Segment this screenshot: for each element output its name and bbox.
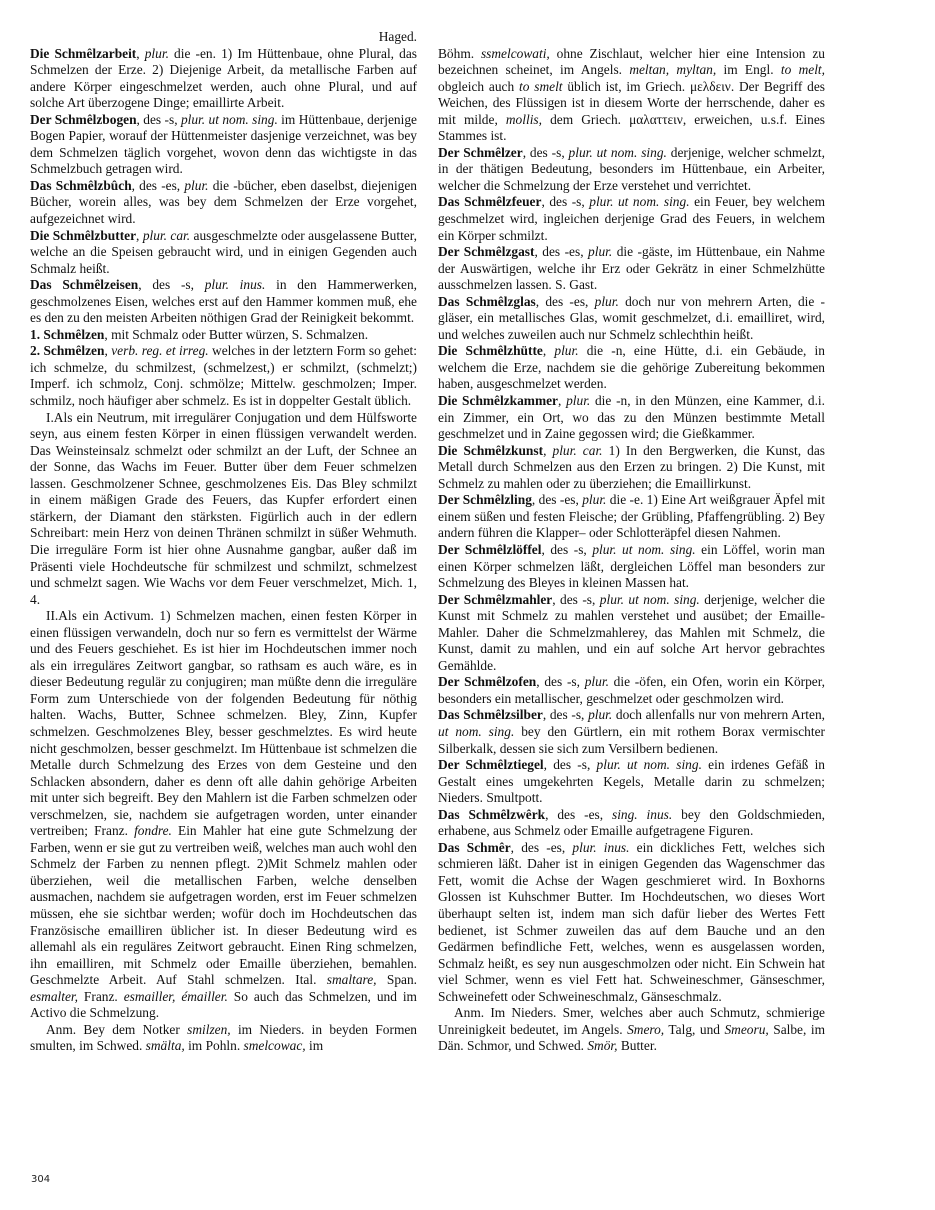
entry-headword: Das Schmêr xyxy=(438,840,511,855)
italic-term: ssmelcowati, xyxy=(481,46,550,61)
italic-term: plur. xyxy=(184,178,208,193)
entry-headword: Die Schmêlzkunst xyxy=(438,443,543,458)
dictionary-entry: Der Schmêlzofen, des -s, plur. die -öfen… xyxy=(438,674,825,707)
italic-term: plur. xyxy=(145,46,169,61)
italic-term: plur. ut nom. sing. xyxy=(589,194,689,209)
italic-term: fondre. xyxy=(134,823,172,838)
paragraph: Anm. Bey dem Notker smilzen, im Nieders.… xyxy=(30,1022,417,1055)
dictionary-entry: 2. Schmêlzen, verb. reg. et irreg. welch… xyxy=(30,343,417,409)
italic-term: meltan, myltan, xyxy=(629,62,716,77)
dictionary-entry: Die Schmêlzkammer, plur. die -n, in den … xyxy=(438,393,825,443)
left-entries: Die Schmêlzarbeit, plur. die -en. 1) Im … xyxy=(30,46,417,1055)
italic-term: ut nom. sing. xyxy=(438,724,514,739)
dictionary-entry: Die Schmêlzarbeit, plur. die -en. 1) Im … xyxy=(30,46,417,112)
entry-headword: Das Schmêlzbûch xyxy=(30,178,132,193)
dictionary-entry: Die Schmêlzbutter, plur. car. ausgeschme… xyxy=(30,228,417,278)
dictionary-entry: 1. Schmêlzen, mit Schmalz oder Butter wü… xyxy=(30,327,417,344)
dictionary-entry: Das Schmêlzfeuer, des -s, plur. ut nom. … xyxy=(438,194,825,244)
italic-term: plur. ut nom. sing. xyxy=(600,592,700,607)
italic-term: plur. ut nom. sing. xyxy=(592,542,695,557)
paragraph: Böhm. ssmelcowati, ohne Zischlaut, welch… xyxy=(438,46,825,145)
entry-headword: Der Schmêlzlöffel xyxy=(438,542,541,557)
dictionary-entry: Das Schmêr, des -es, plur. inus. ein dic… xyxy=(438,840,825,1005)
dictionary-entry: Der Schmêlztiegel, des -s, plur. ut nom.… xyxy=(438,757,825,807)
entry-headword: Das Schmêlzfeuer xyxy=(438,194,541,209)
entry-headword: Die Schmêlzbutter xyxy=(30,228,136,243)
dictionary-entry: Der Schmêlzbogen, des -s, plur. ut nom. … xyxy=(30,112,417,178)
italic-term: plur. xyxy=(566,393,590,408)
right-entries: Böhm. ssmelcowati, ohne Zischlaut, welch… xyxy=(438,46,825,1055)
entry-headword: Der Schmêlzofen xyxy=(438,674,536,689)
italic-term: plur. ut nom. sing. xyxy=(181,112,278,127)
italic-term: plur. ut nom. sing. xyxy=(569,145,667,160)
italic-term: plur. car. xyxy=(143,228,190,243)
entry-headword: Das Schmêlzwêrk xyxy=(438,807,545,822)
italic-term: plur. inus. xyxy=(205,277,266,292)
running-head: Haged. xyxy=(30,29,417,46)
italic-term: plur. xyxy=(582,492,606,507)
entry-headword: Der Schmêlzbogen xyxy=(30,112,137,127)
entry-headword: Der Schmêlzmahler xyxy=(438,592,552,607)
italic-term: plur. xyxy=(554,343,578,358)
italic-term: mollis, xyxy=(506,112,542,127)
entry-headword: Der Schmêlzer xyxy=(438,145,523,160)
italic-term: plur. inus. xyxy=(572,840,629,855)
italic-term: plur. car. xyxy=(553,443,603,458)
italic-term: to melt, xyxy=(781,62,825,77)
entry-headword: Der Schmêlzgast xyxy=(438,244,534,259)
paragraph: II.Als ein Activum. 1) Schmelzen machen,… xyxy=(30,608,417,1022)
italic-term: esmalter, xyxy=(30,989,78,1004)
dictionary-entry: Das Schmêlzeisen, des -s, plur. inus. in… xyxy=(30,277,417,327)
italic-term: plur. xyxy=(585,674,609,689)
dictionary-entry: Der Schmêlzgast, des -es, plur. die -gäs… xyxy=(438,244,825,294)
right-column: Böhm. ssmelcowati, ohne Zischlaut, welch… xyxy=(438,29,825,1055)
entry-headword: Der Schmêlztiegel xyxy=(438,757,544,772)
italic-term: to smelt xyxy=(519,79,563,94)
italic-term: plur. xyxy=(588,244,612,259)
entry-headword: Die Schmêlzhütte xyxy=(438,343,543,358)
italic-term: Smeoru, xyxy=(724,1022,768,1037)
italic-term: Smero, xyxy=(627,1022,664,1037)
dictionary-entry: Das Schmêlzsilber, des -s, plur. doch al… xyxy=(438,707,825,757)
dictionary-entry: Der Schmêlzmahler, des -s, plur. ut nom.… xyxy=(438,592,825,675)
dictionary-entry: Der Schmêlzer, des -s, plur. ut nom. sin… xyxy=(438,145,825,195)
entry-headword: Das Schmêlzeisen xyxy=(30,277,138,292)
paragraph: I.Als ein Neutrum, mit irregulärer Conju… xyxy=(30,410,417,609)
paragraph: Anm. Im Nieders. Smer, welches aber auch… xyxy=(438,1005,825,1055)
page-number: 304 xyxy=(31,1174,50,1185)
italic-term: smaltare, xyxy=(327,972,377,987)
dictionary-entry: Der Schmêlzling, des -es, plur. die -e. … xyxy=(438,492,825,542)
entry-headword: 2. Schmêlzen xyxy=(30,343,104,358)
entry-headword: Die Schmêlzarbeit xyxy=(30,46,136,61)
italic-term: plur. xyxy=(588,707,612,722)
dictionary-entry: Das Schmêlzbûch, des -es, plur. die -büc… xyxy=(30,178,417,228)
entry-headword: Das Schmêlzglas xyxy=(438,294,536,309)
entry-headword: Das Schmêlzsilber xyxy=(438,707,543,722)
dictionary-entry: Der Schmêlzlöffel, des -s, plur. ut nom.… xyxy=(438,542,825,592)
left-column: Haged. Die Schmêlzarbeit, plur. die -en.… xyxy=(30,29,417,1055)
italic-term: plur. xyxy=(595,294,619,309)
italic-term: sing. inus. xyxy=(612,807,672,822)
italic-term: smelcowac, xyxy=(244,1038,306,1053)
italic-term: smilzen, xyxy=(187,1022,231,1037)
dictionary-entry: Die Schmêlzkunst, plur. car. 1) In den B… xyxy=(438,443,825,493)
italic-term: plur. ut nom. sing. xyxy=(597,757,702,772)
italic-term: Smör, xyxy=(587,1038,617,1053)
entry-headword: 1. Schmêlzen xyxy=(30,327,104,342)
dictionary-entry: Die Schmêlzhütte, plur. die -n, eine Hüt… xyxy=(438,343,825,393)
running-head-spacer xyxy=(438,29,825,46)
dictionary-entry: Das Schmêlzglas, des -es, plur. doch nur… xyxy=(438,294,825,344)
italic-term: smälta, xyxy=(146,1038,185,1053)
dictionary-entry: Das Schmêlzwêrk, des -es, sing. inus. be… xyxy=(438,807,825,840)
entry-headword: Die Schmêlzkammer xyxy=(438,393,558,408)
italic-term: esmailler, émailler. xyxy=(124,989,228,1004)
entry-headword: Der Schmêlzling xyxy=(438,492,532,507)
italic-term: verb. reg. et irreg. xyxy=(111,343,208,358)
